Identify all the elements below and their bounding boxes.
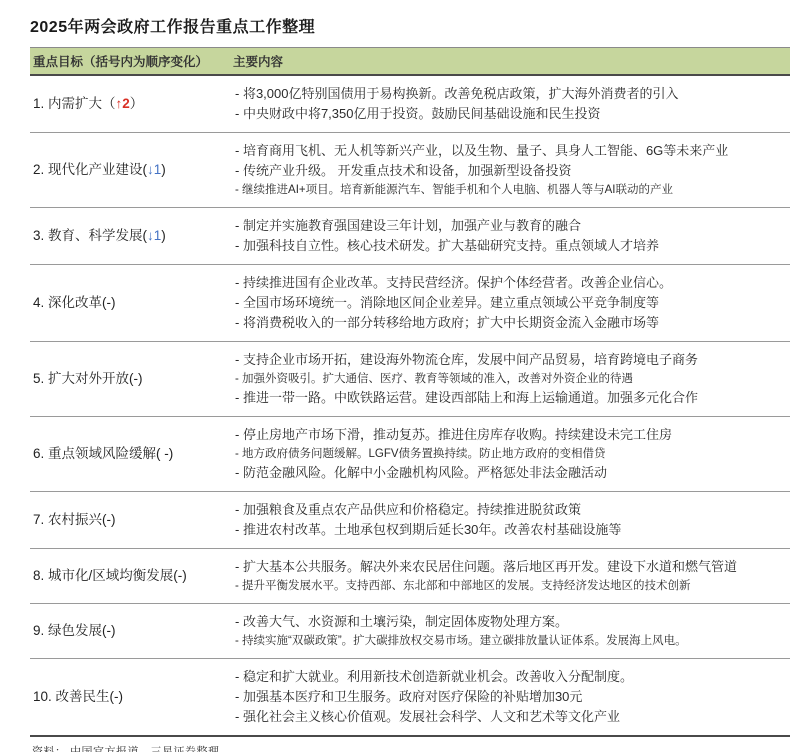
content-item: - 加强外资吸引。扩大通信、医疗、教育等领域的准入，改善对外资企业的待遇: [235, 370, 788, 388]
table-row: 2. 现代化产业建设(↓1)- 培育商用飞机、无人机等新兴产业，以及生物、量子、…: [30, 133, 790, 208]
row-change: (-): [110, 689, 124, 704]
row-goal: 绿色发展: [48, 623, 102, 638]
row-change: （↑2）: [102, 96, 143, 111]
row-goal: 现代化产业建设: [48, 162, 143, 177]
row-change: (-): [102, 512, 116, 527]
goal-cell: 10. 改善民生(-): [30, 659, 230, 737]
content-item: - 稳定和扩大就业。利用新技术创造新就业机会。改善收入分配制度。: [235, 667, 788, 687]
table-row: 10. 改善民生(-)- 稳定和扩大就业。利用新技术创造新就业机会。改善收入分配…: [30, 659, 790, 737]
table-row: 7. 农村振兴(-)- 加强粮食及重点农产品供应和价格稳定。持续推进脱贫政策- …: [30, 492, 790, 549]
content-item: - 改善大气、水资源和土壤污染，制定固体废物处理方案。: [235, 612, 788, 632]
row-number: 7.: [33, 512, 48, 527]
goal-cell: 1. 内需扩大（↑2）: [30, 75, 230, 133]
row-change: (-): [129, 371, 143, 386]
change-mark: -: [107, 512, 112, 527]
row-goal: 城市化/区域均衡发展: [48, 568, 173, 583]
row-change: (-): [173, 568, 187, 583]
row-goal: 改善民生: [56, 689, 110, 704]
content-cell: - 停止房地产市场下滑，推动复苏。推进住房库存收购。持续建设未完工住房- 地方政…: [230, 417, 790, 492]
row-number: 10.: [33, 689, 56, 704]
change-mark: -: [107, 295, 112, 310]
row-change: (-): [102, 623, 116, 638]
goal-cell: 5. 扩大对外开放(-): [30, 342, 230, 417]
content-item: - 提升平衡发展水平。支持西部、东北部和中部地区的发展。支持经济发达地区的技术创…: [235, 577, 788, 595]
source-note: 资料： 中国官方报道，三星证券整理: [32, 743, 790, 752]
content-cell: - 支持企业市场开拓，建设海外物流仓库，发展中间产品贸易，培育跨境电子商务- 加…: [230, 342, 790, 417]
change-mark: -: [107, 623, 112, 638]
content-item: - 支持企业市场开拓，建设海外物流仓库，发展中间产品贸易，培育跨境电子商务: [235, 350, 788, 370]
row-number: 6.: [33, 446, 48, 461]
content-cell: - 培育商用飞机、无人机等新兴产业，以及生物、量子、具身人工智能、6G等未来产业…: [230, 133, 790, 208]
goal-cell: 4. 深化改革(-): [30, 265, 230, 342]
row-goal: 教育、科学发展: [48, 228, 143, 243]
row-goal: 内需扩大: [48, 96, 102, 111]
goal-cell: 3. 教育、科学发展(↓1): [30, 208, 230, 265]
goal-cell: 8. 城市化/区域均衡发展(-): [30, 549, 230, 604]
report-table: 重点目标（括号内为顺序变化） 主要内容 1. 内需扩大（↑2）- 将3,000亿…: [30, 47, 790, 737]
content-item: - 全国市场环境统一。消除地区间企业差异。建立重点领域公平竞争制度等: [235, 293, 788, 313]
content-item: - 将3,000亿特别国债用于易构换新。改善免税店政策，扩大海外消费者的引入: [235, 84, 788, 104]
content-item: - 推进一带一路。中欧铁路运营。建设西部陆上和海上运输通道。加强多元化合作: [235, 388, 788, 408]
content-item: - 持续实施“双碳政策”。扩大碳排放权交易市场。建立碳排放量认证体系。发展海上风…: [235, 632, 788, 650]
content-item: - 加强科技自立性。核心技术研发。扩大基础研究支持。重点领域人才培养: [235, 236, 788, 256]
content-item: - 持续推进国有企业改革。支持民营经济。保护个体经营者。改善企业信心。: [235, 273, 788, 293]
change-mark: ↑2: [116, 96, 130, 111]
content-item: - 中央财政中将7,350亿用于投资。鼓励民间基础设施和民生投资: [235, 104, 788, 124]
table-row: 4. 深化改革(-)- 持续推进国有企业改革。支持民营经济。保护个体经营者。改善…: [30, 265, 790, 342]
row-change: (↓1): [143, 162, 166, 177]
change-mark: ↓1: [147, 162, 161, 177]
row-goal: 重点领域风险缓解: [48, 446, 156, 461]
content-cell: - 将3,000亿特别国债用于易构换新。改善免税店政策，扩大海外消费者的引入- …: [230, 75, 790, 133]
content-cell: - 制定并实施教育强国建设三年计划，加强产业与教育的融合- 加强科技自立性。核心…: [230, 208, 790, 265]
content-item: - 继续推进AI+项目。培育新能源汽车、智能手机和个人电脑、机器人等与AI联动的…: [235, 181, 788, 199]
content-item: - 推进农村改革。土地承包权到期后延长30年。改善农村基础设施等: [235, 520, 788, 540]
row-change: (-): [102, 295, 116, 310]
goal-cell: 2. 现代化产业建设(↓1): [30, 133, 230, 208]
content-item: - 加强基本医疗和卫生服务。政府对医疗保险的补贴增加30元: [235, 687, 788, 707]
goal-cell: 9. 绿色发展(-): [30, 604, 230, 659]
content-item: - 扩大基本公共服务。解决外来农民居住问题。落后地区再开发。建设下水道和燃气管道: [235, 557, 788, 577]
content-cell: - 改善大气、水资源和土壤污染，制定固体废物处理方案。- 持续实施“双碳政策”。…: [230, 604, 790, 659]
table-row: 5. 扩大对外开放(-)- 支持企业市场开拓，建设海外物流仓库，发展中间产品贸易…: [30, 342, 790, 417]
table-row: 6. 重点领域风险缓解( -)- 停止房地产市场下滑，推动复苏。推进住房库存收购…: [30, 417, 790, 492]
table-row: 9. 绿色发展(-)- 改善大气、水资源和土壤污染，制定固体废物处理方案。- 持…: [30, 604, 790, 659]
change-mark: -: [178, 568, 183, 583]
content-cell: - 持续推进国有企业改革。支持民营经济。保护个体经营者。改善企业信心。- 全国市…: [230, 265, 790, 342]
row-number: 9.: [33, 623, 48, 638]
content-item: - 传统产业升级。 开发重点技术和设备，加强新型设备投资: [235, 161, 788, 181]
table-row: 1. 内需扩大（↑2）- 将3,000亿特别国债用于易构换新。改善免税店政策，扩…: [30, 75, 790, 133]
row-number: 4.: [33, 295, 48, 310]
table-header-row: 重点目标（括号内为顺序变化） 主要内容: [30, 48, 790, 76]
content-item: - 防范金融风险。化解中小金融机构风险。严格惩处非法金融活动: [235, 463, 788, 483]
content-cell: - 稳定和扩大就业。利用新技术创造新就业机会。改善收入分配制度。- 加强基本医疗…: [230, 659, 790, 737]
content-item: - 培育商用飞机、无人机等新兴产业，以及生物、量子、具身人工智能、6G等未来产业: [235, 141, 788, 161]
row-goal: 农村振兴: [48, 512, 102, 527]
content-cell: - 加强粮食及重点农产品供应和价格稳定。持续推进脱贫政策- 推进农村改革。土地承…: [230, 492, 790, 549]
table-row: 8. 城市化/区域均衡发展(-)- 扩大基本公共服务。解决外来农民居住问题。落后…: [30, 549, 790, 604]
table-body: 1. 内需扩大（↑2）- 将3,000亿特别国债用于易构换新。改善免税店政策，扩…: [30, 75, 790, 736]
row-number: 5.: [33, 371, 48, 386]
change-mark: -: [164, 446, 169, 461]
change-mark: ↓1: [147, 228, 161, 243]
goal-cell: 7. 农村振兴(-): [30, 492, 230, 549]
row-goal: 深化改革: [48, 295, 102, 310]
change-mark: -: [114, 689, 119, 704]
row-goal: 扩大对外开放: [48, 371, 129, 386]
content-item: - 将消费税收入的一部分转移给地方政府；扩大中长期资金流入金融市场等: [235, 313, 788, 333]
content-item: - 停止房地产市场下滑，推动复苏。推进住房库存收购。持续建设未完工住房: [235, 425, 788, 445]
row-number: 2.: [33, 162, 48, 177]
content-item: - 地方政府债务问题缓解。LGFV债务置换持续。防止地方政府的变相借贷: [235, 445, 788, 463]
page-title: 2025年两会政府工作报告重点工作整理: [30, 14, 790, 37]
row-change: (↓1): [143, 228, 166, 243]
row-number: 3.: [33, 228, 48, 243]
content-item: - 强化社会主义核心价值观。发展社会科学、人文和艺术等文化产业: [235, 707, 788, 727]
row-number: 8.: [33, 568, 48, 583]
row-number: 1.: [33, 96, 48, 111]
content-cell: - 扩大基本公共服务。解决外来农民居住问题。落后地区再开发。建设下水道和燃气管道…: [230, 549, 790, 604]
table-row: 3. 教育、科学发展(↓1)- 制定并实施教育强国建设三年计划，加强产业与教育的…: [30, 208, 790, 265]
page: 2025年两会政府工作报告重点工作整理 重点目标（括号内为顺序变化） 主要内容 …: [0, 0, 800, 752]
content-item: - 制定并实施教育强国建设三年计划，加强产业与教育的融合: [235, 216, 788, 236]
goal-cell: 6. 重点领域风险缓解( -): [30, 417, 230, 492]
content-item: - 加强粮食及重点农产品供应和价格稳定。持续推进脱贫政策: [235, 500, 788, 520]
row-change: ( -): [156, 446, 173, 461]
header-goal-column: 重点目标（括号内为顺序变化）: [30, 48, 230, 76]
header-content-column: 主要内容: [230, 48, 790, 76]
change-mark: -: [134, 371, 139, 386]
